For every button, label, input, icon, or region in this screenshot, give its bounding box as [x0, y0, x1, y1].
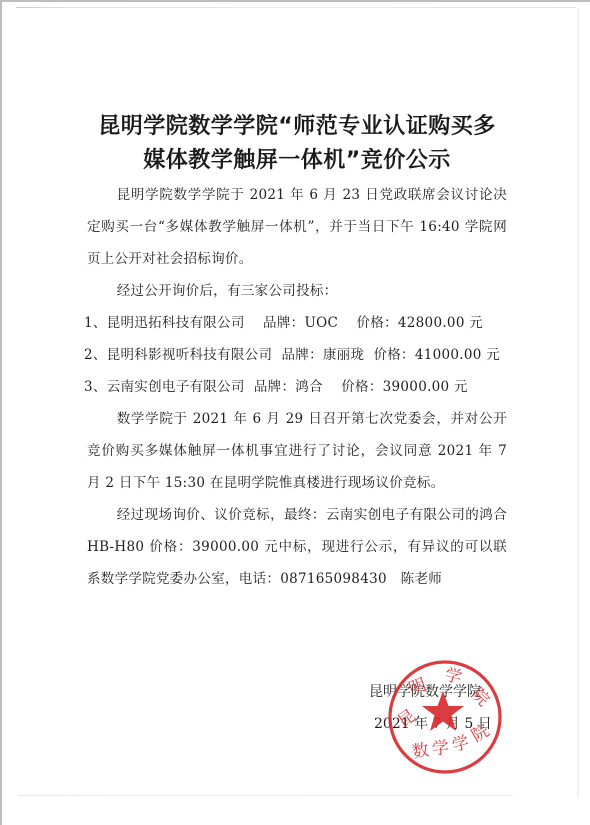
title-line-2: 媒体教学触屏一体机”竞价公示: [62, 144, 532, 178]
bid-list: 1、昆明迅拓科技有限公司 品牌：UOC 价格：42800.00 元 2、昆明科影…: [84, 307, 524, 403]
seal-char-yuan2: 院: [468, 721, 493, 747]
bid-item-3: 3、云南实创电子有限公司 品牌：鸿合 价格：39000.00 元: [84, 371, 524, 403]
seal-char-xue3: 学: [450, 732, 472, 756]
seal-char-kun: 昆: [394, 706, 419, 732]
seal-char-yuan: 院: [467, 684, 493, 710]
bid-item-1: 1、昆明迅拓科技有限公司 品牌：UOC 价格：42800.00 元: [84, 307, 524, 339]
star-icon: [422, 691, 464, 731]
title-line-1: 昆明学院数学学院“师范专业认证购买多: [62, 110, 532, 144]
bid-item-2: 2、昆明科影视听科技有限公司 品牌：康丽珑 价格：41000.00 元: [84, 339, 524, 371]
paragraph-decision: 昆明学院数学学院于 2021 年 6 月 23 日党政联席会议讨论决定购买一台“…: [87, 179, 507, 275]
paragraph-result-text: 经过现场询价、议价竞标，最终：云南实创电子有限公司的鸿合 HB-H80 价格：3…: [87, 499, 507, 595]
scan-edge-bottom: [18, 795, 513, 796]
scan-edge-top: [16, 7, 576, 8]
seal-char-shu: 数: [411, 740, 431, 763]
seal-char-xue: 学: [442, 665, 464, 689]
paragraph-committee-meeting: 数学学院于 2021 年 6 月 29 日召开第七次党委会，并对公开竞价购买多媒…: [87, 403, 507, 499]
official-seal-stamp: 昆 明 学 院 数 学 学 院: [385, 657, 505, 777]
paragraph-committee-meeting-text: 数学学院于 2021 年 6 月 29 日召开第七次党委会，并对公开竞价购买多媒…: [87, 403, 507, 499]
scanned-document-page: 昆明学院数学学院“师范专业认证购买多 媒体教学触屏一体机”竞价公示 昆明学院数学…: [0, 0, 590, 825]
paragraph-decision-text: 昆明学院数学学院于 2021 年 6 月 23 日党政联席会议讨论决定购买一台“…: [87, 179, 507, 275]
paragraph-bidders-intro: 经过公开询价后，有三家公司投标：: [87, 275, 507, 307]
seal-char-xue2: 学: [431, 738, 450, 759]
paragraph-result: 经过现场询价、议价竞标，最终：云南实创电子有限公司的鸿合 HB-H80 价格：3…: [87, 499, 507, 595]
scan-edge-right: [577, 7, 579, 797]
seal-char-ming: 明: [406, 675, 429, 700]
document-title: 昆明学院数学学院“师范专业认证购买多 媒体教学触屏一体机”竞价公示: [62, 110, 532, 178]
paragraph-bidders-intro-text: 经过公开询价后，有三家公司投标：: [87, 275, 507, 307]
